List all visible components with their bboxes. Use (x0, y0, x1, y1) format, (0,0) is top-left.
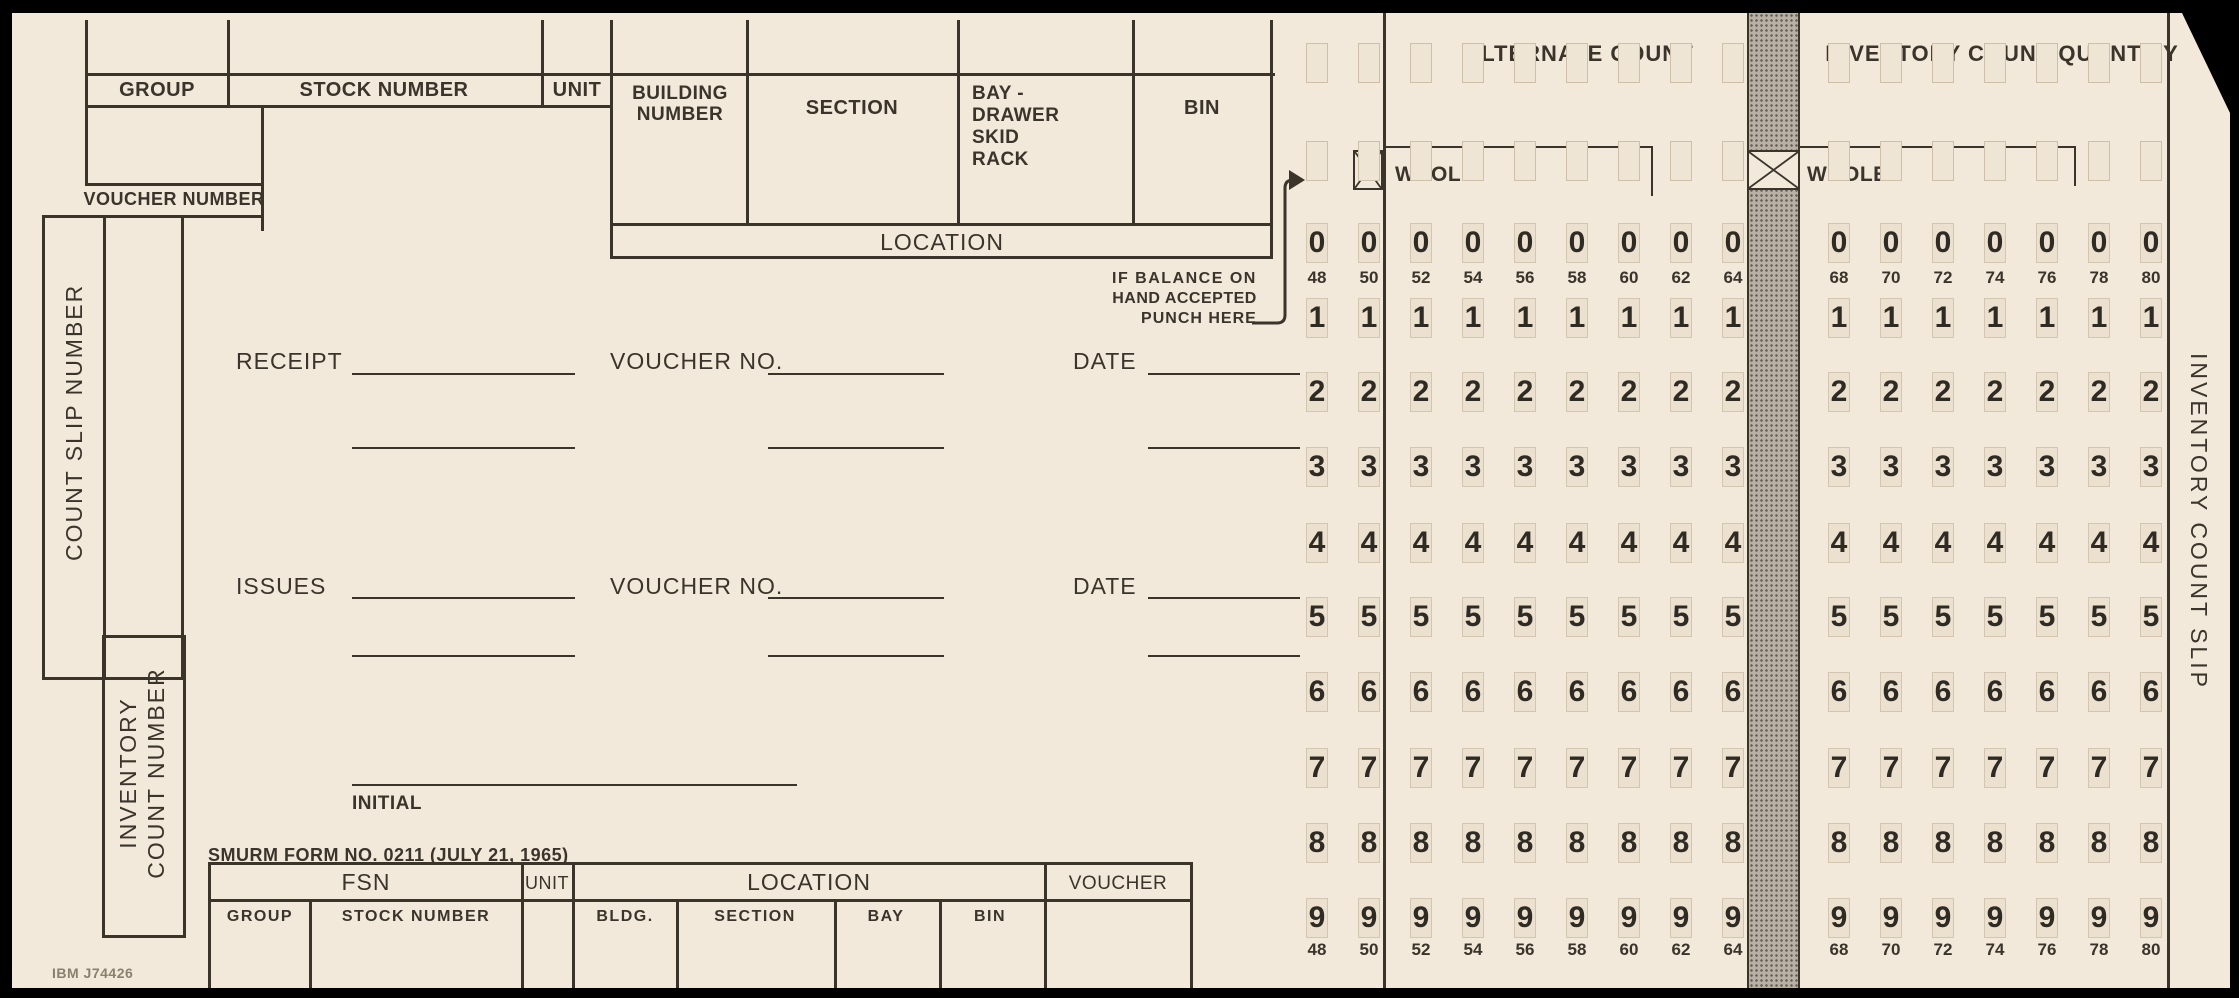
grid-line (85, 183, 264, 186)
group-header-bottom: GROUP (227, 908, 293, 926)
punch-position-alt-col48-digit3[interactable]: 3 (1306, 447, 1328, 487)
punch-position-alt-col54-digit5[interactable]: 5 (1462, 597, 1484, 637)
punch-position-qty-col72-digit7[interactable]: 7 (1932, 748, 1954, 788)
punch-position-blank[interactable] (1880, 43, 1902, 83)
bldg-header-bottom: BLDG. (596, 908, 653, 926)
column-number: 68 (1830, 940, 1849, 960)
punch-position-alt-col64-digit0[interactable]: 0 (1722, 223, 1744, 263)
punch-position-qty-col68-digit7[interactable]: 7 (1828, 748, 1850, 788)
punch-position-qty-col74-digit8[interactable]: 8 (1984, 823, 2006, 863)
punch-position-alt-col58-digit2[interactable]: 2 (1566, 372, 1588, 412)
punch-position-blank[interactable] (1984, 43, 2006, 83)
punch-position-alt-col58-digit5[interactable]: 5 (1566, 597, 1588, 637)
punch-position-alt-col64-digit8[interactable]: 8 (1722, 823, 1744, 863)
punch-position-qty-col70-digit2[interactable]: 2 (1880, 372, 1902, 412)
punch-position-alt-col58-digit1[interactable]: 1 (1566, 298, 1588, 338)
column-number: 78 (2090, 940, 2109, 960)
punch-position-alt-col60-digit1[interactable]: 1 (1618, 298, 1640, 338)
punch-position-qty-col74-digit2[interactable]: 2 (1984, 372, 2006, 412)
punch-position-blank[interactable] (1618, 141, 1640, 181)
punch-position-alt-col48-digit7[interactable]: 7 (1306, 748, 1328, 788)
receipt-label: RECEIPT (236, 348, 343, 375)
punch-position-alt-col62-digit5[interactable]: 5 (1670, 597, 1692, 637)
punch-position-alt-col52-digit5[interactable]: 5 (1410, 597, 1432, 637)
punch-position-alt-col60-digit5[interactable]: 5 (1618, 597, 1640, 637)
punch-position-alt-col56-digit9[interactable]: 9 (1514, 898, 1536, 938)
column-number: 68 (1830, 268, 1849, 288)
grid-line (572, 862, 575, 998)
column-number: 50 (1360, 940, 1379, 960)
punch-position-qty-col72-digit6[interactable]: 6 (1932, 672, 1954, 712)
punch-position-qty-col78-digit8[interactable]: 8 (2088, 823, 2110, 863)
punch-position-blank[interactable] (1358, 43, 1380, 83)
punch-position-qty-col70-digit4[interactable]: 4 (1880, 523, 1902, 563)
punch-position-qty-col78-digit2[interactable]: 2 (2088, 372, 2110, 412)
column-number: 76 (2038, 268, 2057, 288)
column-number: 74 (1986, 268, 2005, 288)
punch-position-alt-col50-digit3[interactable]: 3 (1358, 447, 1380, 487)
issues-field-line-2[interactable] (352, 655, 575, 657)
punch-position-blank[interactable] (1566, 43, 1588, 83)
punch-position-alt-col56-digit8[interactable]: 8 (1514, 823, 1536, 863)
punch-position-blank[interactable] (2088, 141, 2110, 181)
punch-position-alt-col50-digit7[interactable]: 7 (1358, 748, 1380, 788)
building-number-header: BUILDING NUMBER (630, 83, 730, 125)
punch-position-alt-col58-digit3[interactable]: 3 (1566, 447, 1588, 487)
punch-position-blank[interactable] (2140, 43, 2162, 83)
punch-position-alt-col58-digit8[interactable]: 8 (1566, 823, 1588, 863)
punch-position-alt-col60-digit4[interactable]: 4 (1618, 523, 1640, 563)
punch-position-alt-col64-digit4[interactable]: 4 (1722, 523, 1744, 563)
punch-position-alt-col56-digit0[interactable]: 0 (1514, 223, 1536, 263)
column-number: 60 (1620, 268, 1639, 288)
punch-position-alt-col54-digit2[interactable]: 2 (1462, 372, 1484, 412)
punch-position-qty-col70-digit1[interactable]: 1 (1880, 298, 1902, 338)
punch-position-qty-col68-digit4[interactable]: 4 (1828, 523, 1850, 563)
inventory-count-number-label: INVENTORY COUNT NUMBER (114, 633, 170, 913)
punch-position-alt-col50-digit2[interactable]: 2 (1358, 372, 1380, 412)
punch-position-alt-col48-digit4[interactable]: 4 (1306, 523, 1328, 563)
punch-position-alt-col58-digit0[interactable]: 0 (1566, 223, 1588, 263)
bay-drawer-skid-rack-header: BAY - DRAWER SKID RACK (972, 83, 1059, 171)
punch-position-qty-col76-digit6[interactable]: 6 (2036, 672, 2058, 712)
punch-position-qty-col80-digit8[interactable]: 8 (2140, 823, 2162, 863)
punch-position-alt-col64-digit9[interactable]: 9 (1722, 898, 1744, 938)
punch-position-qty-col76-digit4[interactable]: 4 (2036, 523, 2058, 563)
unit-header: UNIT (553, 79, 602, 102)
receipt-field-line[interactable] (352, 373, 575, 375)
grid-line (85, 105, 613, 108)
punch-position-qty-col80-digit2[interactable]: 2 (2140, 372, 2162, 412)
punch-position-alt-col48-digit0[interactable]: 0 (1306, 223, 1328, 263)
punch-position-alt-col56-digit6[interactable]: 6 (1514, 672, 1536, 712)
punch-position-qty-col76-digit7[interactable]: 7 (2036, 748, 2058, 788)
bin-header-bottom: BIN (974, 908, 1006, 926)
punch-position-blank[interactable] (1566, 141, 1588, 181)
punch-position-alt-col52-digit9[interactable]: 9 (1410, 898, 1432, 938)
grid-line (957, 20, 960, 225)
punch-position-alt-col50-digit1[interactable]: 1 (1358, 298, 1380, 338)
punch-position-qty-col74-digit9[interactable]: 9 (1984, 898, 2006, 938)
column-number: 74 (1986, 940, 2005, 960)
punch-position-qty-col70-digit3[interactable]: 3 (1880, 447, 1902, 487)
punch-position-alt-col60-digit3[interactable]: 3 (1618, 447, 1640, 487)
punch-position-alt-col54-digit8[interactable]: 8 (1462, 823, 1484, 863)
punch-position-alt-col54-digit0[interactable]: 0 (1462, 223, 1484, 263)
punch-position-alt-col60-digit2[interactable]: 2 (1618, 372, 1640, 412)
grid-line (309, 899, 312, 998)
punch-position-qty-col72-digit0[interactable]: 0 (1932, 223, 1954, 263)
stock-number-header: STOCK NUMBER (300, 79, 469, 102)
punch-position-qty-col80-digit1[interactable]: 1 (2140, 298, 2162, 338)
punch-position-blank[interactable] (1514, 141, 1536, 181)
punch-position-blank[interactable] (1722, 43, 1744, 83)
column-number: 78 (2090, 268, 2109, 288)
receipt-voucher-no-line-2[interactable] (768, 447, 944, 449)
balance-note: IF BALANCE ON HAND ACCEPTED PUNCH HERE (1112, 269, 1257, 329)
column-number: 64 (1724, 940, 1743, 960)
column-number: 56 (1516, 940, 1535, 960)
x-mark-icon (1749, 152, 1798, 188)
x-mark-box (1747, 150, 1800, 190)
punch-position-alt-col48-digit5[interactable]: 5 (1306, 597, 1328, 637)
punch-position-qty-col80-digit7[interactable]: 7 (2140, 748, 2162, 788)
punch-position-qty-col68-digit8[interactable]: 8 (1828, 823, 1850, 863)
punch-position-alt-col58-digit9[interactable]: 9 (1566, 898, 1588, 938)
punch-position-blank[interactable] (1306, 141, 1328, 181)
issues-date-label: DATE (1073, 573, 1137, 600)
punch-position-qty-col72-digit1[interactable]: 1 (1932, 298, 1954, 338)
column-number: 54 (1464, 268, 1483, 288)
punch-position-qty-col72-digit2[interactable]: 2 (1932, 372, 1954, 412)
punch-position-blank[interactable] (1358, 141, 1380, 181)
punch-position-alt-col60-digit9[interactable]: 9 (1618, 898, 1640, 938)
punch-position-qty-col68-digit1[interactable]: 1 (1828, 298, 1850, 338)
punch-position-blank[interactable] (1514, 43, 1536, 83)
whole-bracket (2074, 146, 2076, 186)
punch-position-blank[interactable] (1932, 141, 1954, 181)
punch-position-qty-col70-digit0[interactable]: 0 (1880, 223, 1902, 263)
punch-position-qty-col80-digit6[interactable]: 6 (2140, 672, 2162, 712)
punch-position-alt-col56-digit5[interactable]: 5 (1514, 597, 1536, 637)
punch-position-alt-col56-digit1[interactable]: 1 (1514, 298, 1536, 338)
punch-position-qty-col74-digit0[interactable]: 0 (1984, 223, 2006, 263)
punch-position-qty-col70-digit9[interactable]: 9 (1880, 898, 1902, 938)
issues-date-line[interactable] (1148, 597, 1300, 599)
grid-line (2167, 13, 2170, 988)
punch-position-alt-col60-digit0[interactable]: 0 (1618, 223, 1640, 263)
column-number: 60 (1620, 940, 1639, 960)
punch-position-alt-col50-digit9[interactable]: 9 (1358, 898, 1380, 938)
receipt-field-line-2[interactable] (352, 447, 575, 449)
bin-header: BIN (1184, 97, 1220, 120)
grid-line (521, 862, 524, 998)
issues-field-line[interactable] (352, 597, 575, 599)
punch-position-blank[interactable] (1670, 141, 1692, 181)
punch-position-qty-col68-digit3[interactable]: 3 (1828, 447, 1850, 487)
punch-position-blank[interactable] (1828, 141, 1850, 181)
voucher-header-bottom: VOUCHER (1069, 873, 1168, 895)
count-slip-number-label: COUNT SLIP NUMBER (60, 284, 88, 561)
grid-line (261, 105, 264, 231)
grid-line (85, 73, 1275, 76)
punch-position-blank[interactable] (1462, 141, 1484, 181)
punch-position-qty-col68-digit0[interactable]: 0 (1828, 223, 1850, 263)
column-number: 62 (1672, 940, 1691, 960)
punch-position-blank[interactable] (1618, 43, 1640, 83)
punch-position-alt-col52-digit8[interactable]: 8 (1410, 823, 1432, 863)
punch-position-alt-col52-digit3[interactable]: 3 (1410, 447, 1432, 487)
punch-position-alt-col54-digit1[interactable]: 1 (1462, 298, 1484, 338)
receipt-date-line-2[interactable] (1148, 447, 1300, 449)
section-header: SECTION (806, 97, 898, 120)
initial-label: INITIAL (352, 793, 422, 815)
punch-position-alt-col54-digit6[interactable]: 6 (1462, 672, 1484, 712)
punch-position-qty-col76-digit8[interactable]: 8 (2036, 823, 2058, 863)
punch-position-qty-col76-digit9[interactable]: 9 (2036, 898, 2058, 938)
column-number: 80 (2142, 268, 2161, 288)
location-header-bottom: LOCATION (747, 869, 871, 896)
grid-line (1132, 20, 1135, 225)
punch-position-alt-col50-digit4[interactable]: 4 (1358, 523, 1380, 563)
punch-position-qty-col76-digit0[interactable]: 0 (2036, 223, 2058, 263)
punch-position-blank[interactable] (2036, 141, 2058, 181)
punch-position-alt-col62-digit6[interactable]: 6 (1670, 672, 1692, 712)
column-number: 48 (1308, 940, 1327, 960)
fsn-header: FSN (342, 869, 391, 896)
punch-position-alt-col62-digit9[interactable]: 9 (1670, 898, 1692, 938)
punch-position-blank[interactable] (1984, 141, 2006, 181)
punch-position-alt-col50-digit0[interactable]: 0 (1358, 223, 1380, 263)
punch-position-qty-col80-digit0[interactable]: 0 (2140, 223, 2162, 263)
column-number: 56 (1516, 268, 1535, 288)
punch-position-qty-col68-digit5[interactable]: 5 (1828, 597, 1850, 637)
punch-position-blank[interactable] (1462, 43, 1484, 83)
grid-line (610, 223, 1273, 226)
grid-line (85, 20, 88, 185)
punch-position-blank[interactable] (1410, 141, 1432, 181)
grid-line (541, 20, 544, 105)
receipt-date-label: DATE (1073, 348, 1137, 375)
grid-line (1383, 13, 1386, 988)
punch-position-alt-col48-digit2[interactable]: 2 (1306, 372, 1328, 412)
column-number: 80 (2142, 940, 2161, 960)
punch-position-qty-col72-digit3[interactable]: 3 (1932, 447, 1954, 487)
arrow-right-icon (1247, 158, 1307, 338)
punch-position-alt-col54-digit9[interactable]: 9 (1462, 898, 1484, 938)
punch-position-qty-col78-digit4[interactable]: 4 (2088, 523, 2110, 563)
punch-position-qty-col68-digit6[interactable]: 6 (1828, 672, 1850, 712)
receipt-date-line[interactable] (1148, 373, 1300, 375)
punch-position-qty-col72-digit5[interactable]: 5 (1932, 597, 1954, 637)
punch-position-alt-col52-digit7[interactable]: 7 (1410, 748, 1432, 788)
punch-position-alt-col48-digit1[interactable]: 1 (1306, 298, 1328, 338)
group-header: GROUP (119, 79, 195, 102)
punch-position-qty-col74-digit7[interactable]: 7 (1984, 748, 2006, 788)
punch-position-qty-col74-digit5[interactable]: 5 (1984, 597, 2006, 637)
punch-position-qty-col78-digit6[interactable]: 6 (2088, 672, 2110, 712)
grid-line (103, 215, 106, 680)
grid-line (676, 899, 679, 998)
column-number: 76 (2038, 940, 2057, 960)
punch-position-qty-col78-digit5[interactable]: 5 (2088, 597, 2110, 637)
punch-position-qty-col76-digit1[interactable]: 1 (2036, 298, 2058, 338)
grid-line (939, 899, 942, 998)
punch-position-alt-col64-digit2[interactable]: 2 (1722, 372, 1744, 412)
punch-position-alt-col50-digit5[interactable]: 5 (1358, 597, 1380, 637)
punch-position-alt-col62-digit1[interactable]: 1 (1670, 298, 1692, 338)
punch-position-alt-col60-digit8[interactable]: 8 (1618, 823, 1640, 863)
punch-position-qty-col78-digit9[interactable]: 9 (2088, 898, 2110, 938)
punch-position-alt-col52-digit4[interactable]: 4 (1410, 523, 1432, 563)
punch-position-alt-col58-digit7[interactable]: 7 (1566, 748, 1588, 788)
issues-voucher-no-line-2[interactable] (768, 655, 944, 657)
issues-date-line-2[interactable] (1148, 655, 1300, 657)
punch-position-qty-col80-digit4[interactable]: 4 (2140, 523, 2162, 563)
punch-position-blank[interactable] (2036, 43, 2058, 83)
punch-position-alt-col56-digit4[interactable]: 4 (1514, 523, 1536, 563)
column-number: 58 (1568, 940, 1587, 960)
punch-position-blank[interactable] (1880, 141, 1902, 181)
punch-position-alt-col50-digit6[interactable]: 6 (1358, 672, 1380, 712)
punch-position-blank[interactable] (2140, 141, 2162, 181)
initial-line[interactable] (352, 784, 797, 786)
punch-position-alt-col52-digit1[interactable]: 1 (1410, 298, 1432, 338)
punch-position-alt-col64-digit5[interactable]: 5 (1722, 597, 1744, 637)
punch-position-qty-col72-digit9[interactable]: 9 (1932, 898, 1954, 938)
stock-number-header-bottom: STOCK NUMBER (342, 908, 490, 926)
column-number: 72 (1934, 940, 1953, 960)
unit-header-bottom: UNIT (525, 873, 569, 894)
punch-position-qty-col74-digit6[interactable]: 6 (1984, 672, 2006, 712)
whole-bracket (1651, 146, 1653, 196)
punch-position-qty-col72-digit8[interactable]: 8 (1932, 823, 1954, 863)
punch-position-alt-col62-digit0[interactable]: 0 (1670, 223, 1692, 263)
receipt-voucher-no-label: VOUCHER NO. (610, 348, 783, 375)
issues-voucher-no-label: VOUCHER NO. (610, 573, 783, 600)
punch-position-alt-col64-digit3[interactable]: 3 (1722, 447, 1744, 487)
punch-position-alt-col62-digit7[interactable]: 7 (1670, 748, 1692, 788)
punch-position-alt-col58-digit4[interactable]: 4 (1566, 523, 1588, 563)
column-number: 72 (1934, 268, 1953, 288)
punch-position-qty-col70-digit8[interactable]: 8 (1880, 823, 1902, 863)
column-number: 58 (1568, 268, 1587, 288)
punch-position-blank[interactable] (1722, 141, 1744, 181)
column-number: 50 (1360, 268, 1379, 288)
punch-position-alt-col48-digit6[interactable]: 6 (1306, 672, 1328, 712)
grid-line (227, 20, 230, 105)
punch-position-qty-col74-digit4[interactable]: 4 (1984, 523, 2006, 563)
punch-position-alt-col56-digit7[interactable]: 7 (1514, 748, 1536, 788)
punch-position-alt-col48-digit8[interactable]: 8 (1306, 823, 1328, 863)
section-header-bottom: SECTION (714, 908, 796, 926)
punch-position-qty-col74-digit1[interactable]: 1 (1984, 298, 2006, 338)
punch-position-qty-col78-digit7[interactable]: 7 (2088, 748, 2110, 788)
punch-position-alt-col64-digit7[interactable]: 7 (1722, 748, 1744, 788)
punch-position-alt-col54-digit7[interactable]: 7 (1462, 748, 1484, 788)
issues-label: ISSUES (236, 573, 326, 600)
punch-position-blank[interactable] (1828, 43, 1850, 83)
punch-position-alt-col52-digit0[interactable]: 0 (1410, 223, 1432, 263)
card-title: INVENTORY COUNT SLIP (2185, 353, 2212, 690)
column-number: 70 (1882, 268, 1901, 288)
punch-position-qty-col80-digit3[interactable]: 3 (2140, 447, 2162, 487)
punch-position-alt-col50-digit8[interactable]: 8 (1358, 823, 1380, 863)
punch-position-qty-col70-digit6[interactable]: 6 (1880, 672, 1902, 712)
punch-position-qty-col76-digit5[interactable]: 5 (2036, 597, 2058, 637)
punch-position-alt-col52-digit6[interactable]: 6 (1410, 672, 1432, 712)
punch-position-alt-col62-digit2[interactable]: 2 (1670, 372, 1692, 412)
inventory-count-slip-card: GROUP STOCK NUMBER UNIT VOUCHER NUMBER B… (12, 13, 2230, 988)
punch-position-blank[interactable] (1932, 43, 1954, 83)
punch-position-alt-col52-digit2[interactable]: 2 (1410, 372, 1432, 412)
punch-position-alt-col62-digit3[interactable]: 3 (1670, 447, 1692, 487)
grid-line (1044, 862, 1047, 998)
ibm-code: IBM J74426 (52, 965, 133, 981)
punch-position-qty-col78-digit0[interactable]: 0 (2088, 223, 2110, 263)
punch-position-alt-col54-digit4[interactable]: 4 (1462, 523, 1484, 563)
punch-position-qty-col68-digit9[interactable]: 9 (1828, 898, 1850, 938)
punch-position-alt-col56-digit3[interactable]: 3 (1514, 447, 1536, 487)
punch-position-alt-col48-digit9[interactable]: 9 (1306, 898, 1328, 938)
punch-position-alt-col64-digit6[interactable]: 6 (1722, 672, 1744, 712)
punch-position-qty-col80-digit9[interactable]: 9 (2140, 898, 2162, 938)
punch-position-qty-col76-digit3[interactable]: 3 (2036, 447, 2058, 487)
column-number: 54 (1464, 940, 1483, 960)
punch-position-qty-col80-digit5[interactable]: 5 (2140, 597, 2162, 637)
punch-position-alt-col60-digit6[interactable]: 6 (1618, 672, 1640, 712)
punch-position-qty-col70-digit7[interactable]: 7 (1880, 748, 1902, 788)
receipt-voucher-no-line[interactable] (768, 373, 944, 375)
punch-position-qty-col70-digit5[interactable]: 5 (1880, 597, 1902, 637)
punch-position-alt-col56-digit2[interactable]: 2 (1514, 372, 1536, 412)
column-number: 52 (1412, 268, 1431, 288)
location-header: LOCATION (880, 229, 1004, 256)
punch-position-blank[interactable] (1306, 43, 1328, 83)
punch-position-blank[interactable] (2088, 43, 2110, 83)
punch-position-qty-col78-digit3[interactable]: 3 (2088, 447, 2110, 487)
punch-position-qty-col68-digit2[interactable]: 2 (1828, 372, 1850, 412)
column-number: 64 (1724, 268, 1743, 288)
column-number: 62 (1672, 268, 1691, 288)
voucher-number-header: VOUCHER NUMBER (83, 189, 264, 210)
punch-position-blank[interactable] (1670, 43, 1692, 83)
issues-voucher-no-line[interactable] (768, 597, 944, 599)
punch-position-blank[interactable] (1410, 43, 1432, 83)
column-number: 70 (1882, 940, 1901, 960)
punch-position-qty-col74-digit3[interactable]: 3 (1984, 447, 2006, 487)
column-number: 48 (1308, 268, 1327, 288)
grid-line (746, 20, 749, 80)
column-number: 52 (1412, 940, 1431, 960)
punch-position-alt-col60-digit7[interactable]: 7 (1618, 748, 1640, 788)
punch-position-alt-col54-digit3[interactable]: 3 (1462, 447, 1484, 487)
grid-line (746, 73, 749, 225)
grid-line (610, 256, 1273, 259)
punch-position-alt-col64-digit1[interactable]: 1 (1722, 298, 1744, 338)
punch-position-alt-col62-digit8[interactable]: 8 (1670, 823, 1692, 863)
punch-position-qty-col72-digit4[interactable]: 4 (1932, 523, 1954, 563)
grid-line (834, 899, 837, 998)
punch-position-qty-col76-digit2[interactable]: 2 (2036, 372, 2058, 412)
punch-position-qty-col78-digit1[interactable]: 1 (2088, 298, 2110, 338)
bay-header-bottom: BAY (868, 908, 905, 926)
punch-position-alt-col62-digit4[interactable]: 4 (1670, 523, 1692, 563)
punch-position-alt-col58-digit6[interactable]: 6 (1566, 672, 1588, 712)
